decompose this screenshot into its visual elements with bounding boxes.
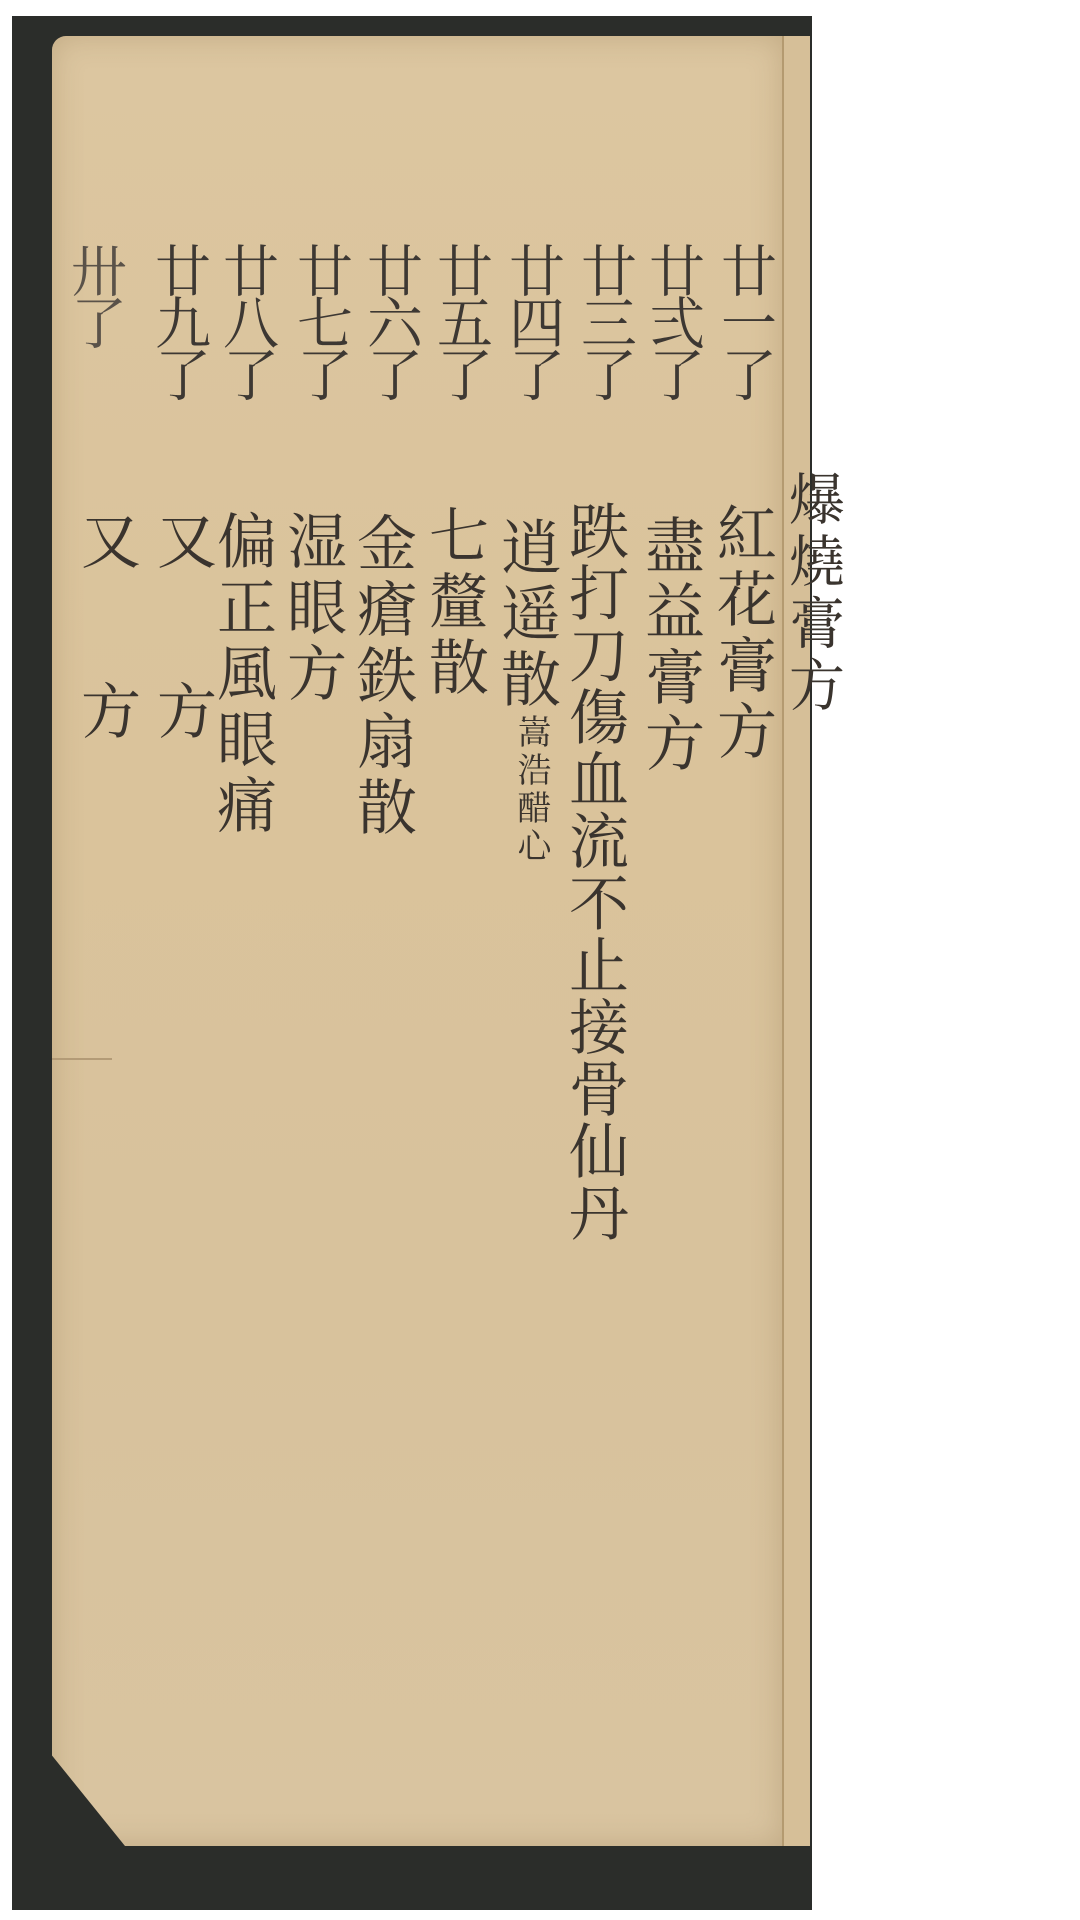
entry-title: 七釐散 bbox=[424, 504, 484, 702]
entry-number: 廿一了 bbox=[716, 242, 772, 398]
entry-number: 廿九了 bbox=[150, 242, 206, 398]
entry-title: 又方 bbox=[76, 510, 136, 850]
entry-title: 金瘡鉄扇散 bbox=[352, 512, 412, 842]
entry-title: 跌打刀傷血流不止接骨仙丹 bbox=[564, 500, 624, 1244]
entry-number: 廿五了 bbox=[432, 242, 488, 398]
entry-title: 盡益膏方 bbox=[640, 514, 700, 778]
entry-number: 廿四了 bbox=[504, 242, 560, 398]
adjacent-page-text: 爆燒膏方 bbox=[784, 470, 840, 718]
entry-title: 湿眼方 bbox=[282, 510, 342, 708]
entry-number: 廿七了 bbox=[292, 242, 348, 398]
entry-number: 卅了 bbox=[66, 242, 122, 346]
entry-note: 嵩浩醋心 bbox=[514, 714, 548, 866]
adjacent-page-edge bbox=[782, 36, 810, 1846]
entry-title: 逍遥散 bbox=[496, 516, 556, 714]
page-tear bbox=[52, 1058, 112, 1060]
entry-number: 廿弍了 bbox=[644, 242, 700, 398]
entry-title: 紅花膏方 bbox=[712, 502, 772, 766]
entry-title: 又方 bbox=[152, 510, 212, 850]
entry-number: 廿三了 bbox=[576, 242, 632, 398]
entry-title: 偏正風眼痛 bbox=[212, 510, 272, 840]
entry-number: 廿六了 bbox=[362, 242, 418, 398]
entry-number: 廿八了 bbox=[218, 242, 274, 398]
